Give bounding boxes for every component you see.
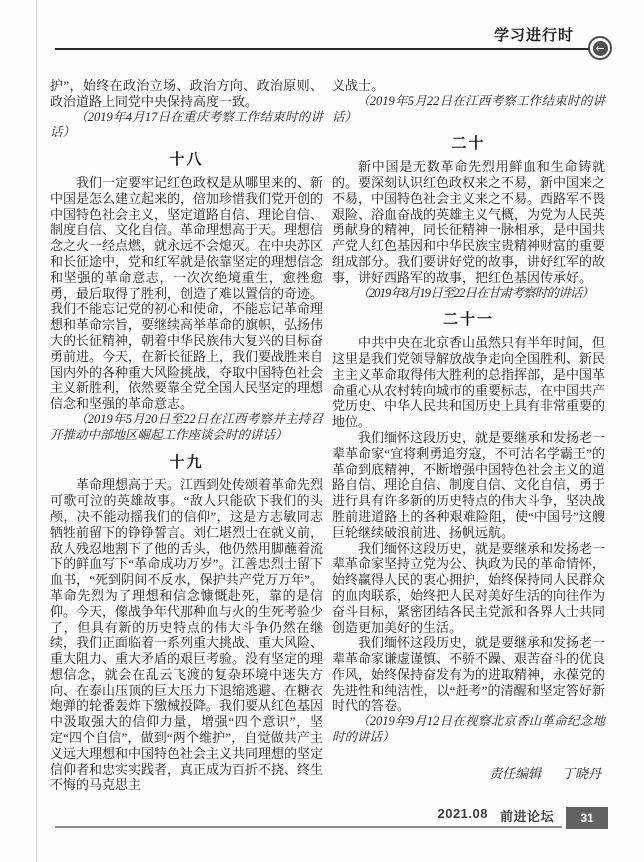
section-21-paragraph: 我们缅怀这段历史，就是要继承和发扬老一辈革命家坚持立党为公、执政为民的革命情怀，… <box>332 541 605 636</box>
header-rule <box>55 48 610 50</box>
page-number-badge: 31 <box>566 807 608 829</box>
editor-name: 丁晓丹 <box>562 766 601 782</box>
section-18-body: 我们一定要牢记红色政权是从哪里来的、新中国是怎么建立起来的，倍加珍惜我们党开创的… <box>50 175 323 412</box>
continuation-paragraph: 护”，始终在政治立场、政治方向、政治原则、政治道路上同党中央保持高度一致。 <box>50 78 323 110</box>
footer-rule <box>55 826 562 828</box>
section-heading-18: 十八 <box>50 153 323 169</box>
section-21-paragraph: 我们缅怀这段历史，就是要继承和发扬老一辈革命家“宜将剩勇追穷寇，不可沽名学霸王”… <box>332 430 605 541</box>
citation-gansu: （2019年8月19日至22日在甘肃考察时的讲话） <box>332 286 605 302</box>
footer-meta: 2021.08 前进论坛 <box>437 806 554 825</box>
section-21-paragraph: 中共中央在北京香山虽然只有半年时间，但这里是我们党领导解放战争走向全国胜利、新民… <box>332 335 605 430</box>
page-footer: 2021.08 前进论坛 31 <box>55 805 608 829</box>
citation-jiangxi-zuotanhui: （2019年5月20日至22日在江西考察并主持召开推动中部地区崛起工作座谈会时的… <box>50 412 323 444</box>
citation-xiangshan: （2019年9月12日在视察北京香山革命纪念地时的讲话） <box>332 714 605 746</box>
editor-label: 责任编辑 <box>489 766 541 782</box>
section-20-body: 新中国是无数革命先烈用鲜血和生命铸就的。要深刻认识红色政权来之不易，新中国来之不… <box>332 159 605 285</box>
return-arrow-glyph: ← <box>593 41 608 56</box>
section-21-paragraph: 我们缅怀这段历史，就是要继承和发扬老一辈革命家谦虚谨慎、不骄不躁、艰苦奋斗的优良… <box>332 635 605 714</box>
journal-name: 前进论坛 <box>500 806 554 825</box>
section-heading-20: 二十 <box>332 137 605 153</box>
return-arrow-icon: ← <box>588 36 612 60</box>
page-header: 学习进行时 ← <box>55 28 610 50</box>
page-spine-line <box>36 0 37 862</box>
section-heading-21: 二十一 <box>332 313 605 329</box>
right-text-column: 义战士。 （2019年5月22日在江西考察工作结束时的讲话） 二十 新中国是无数… <box>332 78 605 782</box>
citation-chongqing: （2019年4月17日在重庆考察工作结束时的讲话） <box>50 110 323 142</box>
section-heading-19: 十九 <box>50 456 323 472</box>
citation-jiangxi: （2019年5月22日在江西考察工作结束时的讲话） <box>332 94 605 126</box>
continuation-paragraph: 义战士。 <box>332 78 605 94</box>
editor-credit: 责任编辑 丁晓丹 <box>332 766 605 782</box>
left-text-column: 护”，始终在政治立场、政治方向、政治原则、政治道路上同党中央保持高度一致。 （2… <box>50 78 323 793</box>
issue-date: 2021.08 <box>437 806 488 825</box>
column-title: 学习进行时 <box>494 24 574 45</box>
section-19-body: 革命理想高于天。江西到处传颂着革命先烈可歌可泣的英雄故事。“敌人只能砍下我们的头… <box>50 477 323 793</box>
